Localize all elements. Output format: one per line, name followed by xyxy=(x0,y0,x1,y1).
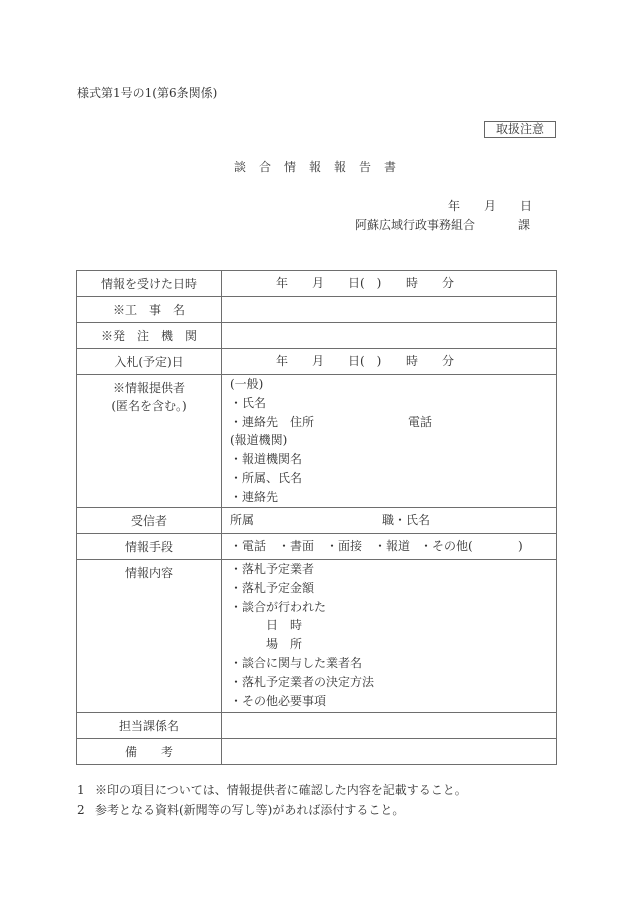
month-unit: 月 xyxy=(312,349,324,374)
table-row-ordering-agency: ※発 注 機 関 xyxy=(77,323,557,349)
receiver-field[interactable]: 所属 職・氏名 xyxy=(222,508,557,534)
table-row-info-method: 情報手段 ・電話 ・書面 ・面接 ・報道 ・その他( ) xyxy=(77,534,557,560)
ordering-agency-field[interactable] xyxy=(222,323,557,349)
informant-label-line2: (匿名を含む。) xyxy=(77,397,221,415)
content-item: ・その他必要事項 xyxy=(230,692,556,711)
general-contact-phone: 電話 xyxy=(408,413,432,432)
document-title: 談合情報報告書 xyxy=(0,158,630,175)
month-unit: 月 xyxy=(312,271,324,296)
remarks-label: 備 考 xyxy=(77,739,222,765)
title-char: 告 xyxy=(359,158,371,175)
receiver-affiliation: 所属 xyxy=(230,508,254,533)
note-number: 1 xyxy=(77,783,95,797)
day-unit: 日( ) xyxy=(348,271,381,296)
content-subitem: 場 所 xyxy=(230,635,556,654)
content-item: ・談合に関与した業者名 xyxy=(230,654,556,673)
year-unit: 年 xyxy=(276,271,288,296)
year-unit: 年 xyxy=(276,349,288,374)
informant-label-line1: ※情報提供者 xyxy=(77,379,221,397)
content-item: ・落札予定業者 xyxy=(230,560,556,579)
construction-name-label: ※工 事 名 xyxy=(77,297,222,323)
hour-unit: 時 xyxy=(406,349,418,374)
day-unit: 日( ) xyxy=(348,349,381,374)
table-row-info-content: 情報内容 ・落札予定業者 ・落札予定金額 ・談合が行われた 日 時 場 所 ・談… xyxy=(77,560,557,713)
received-datetime-field[interactable]: 年 月 日( ) 時 分 xyxy=(222,271,557,297)
press-heading: (報道機関) xyxy=(230,431,556,450)
organization-name: 阿蘇広域行政事務組合 xyxy=(355,216,475,233)
minute-unit: 分 xyxy=(442,271,454,296)
date-day: 日 xyxy=(520,197,532,214)
minute-unit: 分 xyxy=(442,349,454,374)
date-year: 年 xyxy=(448,197,460,214)
title-char: 情 xyxy=(284,158,296,175)
form-number: 様式第1号の1(第6条関係) xyxy=(77,84,217,101)
handling-caution-badge: 取扱注意 xyxy=(484,121,556,138)
receiver-label: 受信者 xyxy=(77,508,222,534)
method-interview-option[interactable]: ・面接 xyxy=(326,534,362,559)
note-text: ※印の項目については、情報提供者に確認した内容を記載すること。 xyxy=(95,783,467,797)
info-content-label: 情報内容 xyxy=(77,560,222,713)
table-row-construction-name: ※工 事 名 xyxy=(77,297,557,323)
table-row-informant: ※情報提供者 (匿名を含む。) (一般) ・氏名 ・連絡先 住所 電話 (報道機… xyxy=(77,375,557,508)
bid-date-label: 入札(予定)日 xyxy=(77,349,222,375)
press-affiliation: ・所属、氏名 xyxy=(230,469,556,488)
hour-unit: 時 xyxy=(406,271,418,296)
title-char: 報 xyxy=(334,158,346,175)
general-heading: (一般) xyxy=(230,375,556,394)
responsible-section-label: 担当課係名 xyxy=(77,713,222,739)
received-datetime-label: 情報を受けた日時 xyxy=(77,271,222,297)
receiver-position-name: 職・氏名 xyxy=(382,508,430,533)
note-text: 参考となる資料(新聞等の写し等)があれば添付すること。 xyxy=(95,803,404,817)
method-press-option[interactable]: ・報道 xyxy=(374,534,410,559)
remarks-field[interactable] xyxy=(222,739,557,765)
content-item: ・落札予定金額 xyxy=(230,579,556,598)
press-contact: ・連絡先 xyxy=(230,488,556,507)
informant-field[interactable]: (一般) ・氏名 ・連絡先 住所 電話 (報道機関) ・報道機関名 ・所属、氏名… xyxy=(222,375,557,508)
content-subitem: 日 時 xyxy=(230,616,556,635)
note-2: 2参考となる資料(新聞等の写し等)があれば添付すること。 xyxy=(77,801,404,818)
general-contact-row: ・連絡先 住所 電話 xyxy=(230,413,556,432)
method-other-close-paren: ) xyxy=(518,534,523,559)
title-char: 報 xyxy=(309,158,321,175)
informant-label: ※情報提供者 (匿名を含む。) xyxy=(77,375,222,508)
title-char: 合 xyxy=(259,158,271,175)
info-method-label: 情報手段 xyxy=(77,534,222,560)
table-row-remarks: 備 考 xyxy=(77,739,557,765)
note-number: 2 xyxy=(77,803,95,817)
info-method-field[interactable]: ・電話 ・書面 ・面接 ・報道 ・その他( ) xyxy=(222,534,557,560)
bid-date-field[interactable]: 年 月 日( ) 時 分 xyxy=(222,349,557,375)
ordering-agency-label: ※発 注 機 関 xyxy=(77,323,222,349)
table-row-bid-date: 入札(予定)日 年 月 日( ) 時 分 xyxy=(77,349,557,375)
responsible-section-field[interactable] xyxy=(222,713,557,739)
press-name: ・報道機関名 xyxy=(230,450,556,469)
method-other-option[interactable]: ・その他( xyxy=(420,534,473,559)
date-month: 月 xyxy=(484,197,496,214)
method-document-option[interactable]: ・書面 xyxy=(278,534,314,559)
construction-name-field[interactable] xyxy=(222,297,557,323)
method-phone-option[interactable]: ・電話 xyxy=(230,534,266,559)
title-char: 書 xyxy=(384,158,396,175)
table-row-received-datetime: 情報を受けた日時 年 月 日( ) 時 分 xyxy=(77,271,557,297)
content-item: ・落札予定業者の決定方法 xyxy=(230,673,556,692)
report-form-table: 情報を受けた日時 年 月 日( ) 時 分 ※工 事 名 ※発 注 機 関 入札… xyxy=(76,270,557,765)
table-row-responsible-section: 担当課係名 xyxy=(77,713,557,739)
title-char: 談 xyxy=(234,158,246,175)
note-1: 1※印の項目については、情報提供者に確認した内容を記載すること。 xyxy=(77,781,467,798)
general-contact-address: ・連絡先 住所 xyxy=(230,413,314,432)
department-suffix: 課 xyxy=(518,216,530,233)
table-row-receiver: 受信者 所属 職・氏名 xyxy=(77,508,557,534)
content-item: ・談合が行われた xyxy=(230,598,556,617)
info-content-field[interactable]: ・落札予定業者 ・落札予定金額 ・談合が行われた 日 時 場 所 ・談合に関与し… xyxy=(222,560,557,713)
general-name: ・氏名 xyxy=(230,394,556,413)
